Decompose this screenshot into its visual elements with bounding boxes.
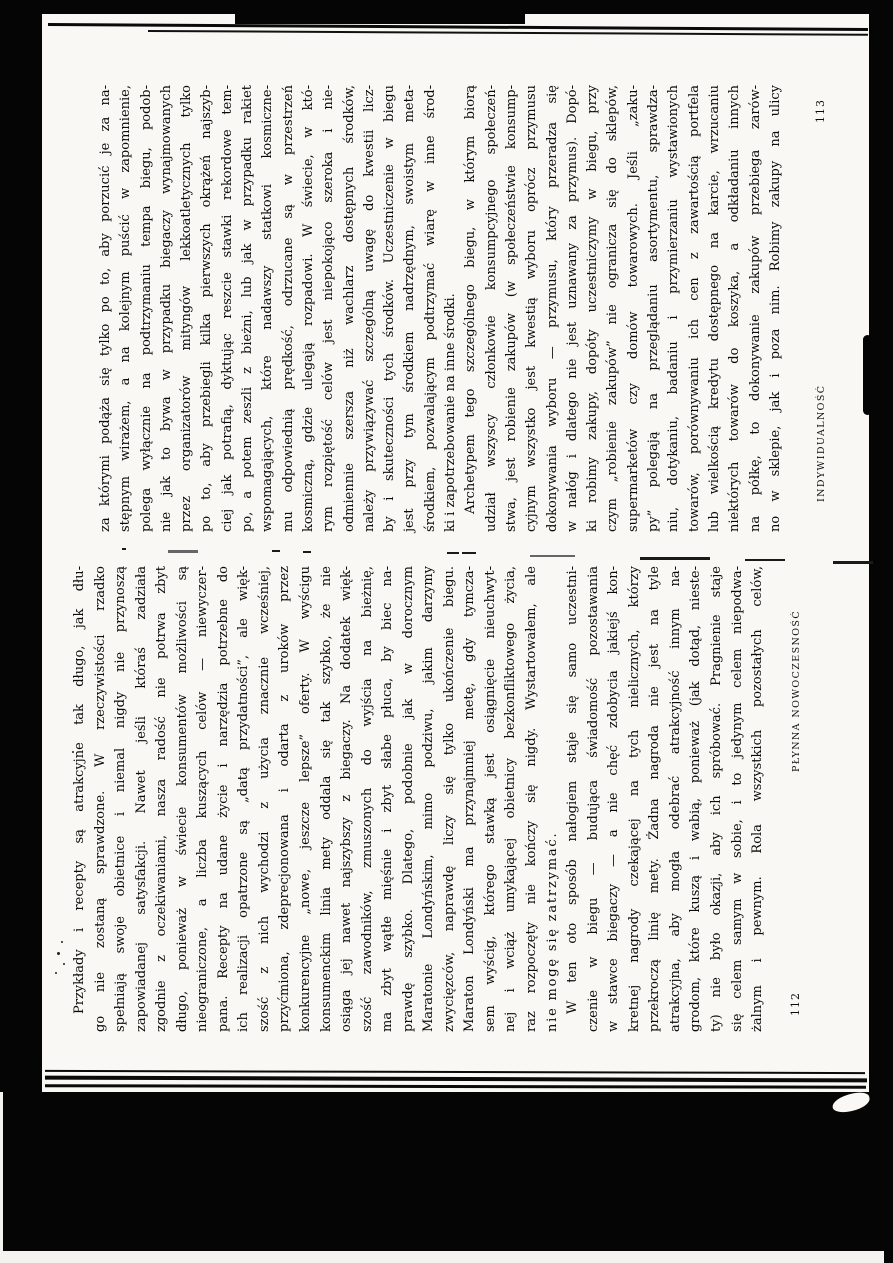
- text-line: wspomagających, które nadawszy statkowi …: [258, 85, 278, 532]
- text-line: po to, aby przebiegli kilka pierwszych o…: [197, 85, 217, 532]
- text-line: jest przy tym środkiem nadrzędnym, swois…: [400, 85, 420, 532]
- text-line: mu odpowiednią prędkość, odrzucane są w …: [279, 85, 299, 532]
- text-line: ki i zapotrzebowanie na inne środki.: [441, 85, 461, 532]
- text-line: nieograniczone, a liczba kuszących celów…: [193, 566, 214, 1032]
- text-line: polega wyłącznie na podtrzymaniu tempa b…: [137, 85, 157, 532]
- text-line: kretnej nagrody czekającej na tych nieli…: [625, 566, 646, 1032]
- text-line: kosmiczną, gdzie ulegają rozpadowi. W św…: [299, 85, 319, 532]
- page-113-text-column: za którymi podąża się tylko po to, aby p…: [96, 85, 786, 532]
- gutter-dash: [462, 552, 476, 554]
- text-line: dokonywania wyboru — przymusu, który prz…: [543, 85, 563, 532]
- text-line: stwa, jest robienie zakupów (w społeczeń…: [502, 85, 522, 532]
- scan-border-top-bump: [235, 13, 525, 24]
- scan-left-white-sliver: [0, 1092, 3, 1263]
- gutter-dash: [833, 561, 873, 564]
- text-line: rym rozpiętość celów jest niepokojąco sz…: [319, 85, 339, 532]
- text-line: przyćmiona, zdeprecjonowana i odarta z u…: [275, 566, 296, 1032]
- scan-border-left: [0, 0, 42, 1092]
- text-line: grodom, które kuszą i wabią, ponieważ (j…: [686, 566, 707, 1032]
- text-line: spełniają swoje obietnice i niemal nigdy…: [111, 566, 132, 1032]
- scan-bottom-white-strip: [0, 1251, 884, 1263]
- text-line: nej i wciąż umykającej obietnicy bezkonf…: [501, 566, 522, 1032]
- text-line: nie jak to bywa w przypadku biegaczy wyn…: [157, 85, 177, 532]
- text-line: w stawce biegaczy — a nie chęć zdobycia …: [604, 566, 625, 1032]
- text-line: szość zawodników, zmuszonych do wyjścia …: [358, 566, 379, 1032]
- text-line: odmiennie szersza niż wachlarz dostępnyc…: [340, 85, 360, 532]
- page-number-113: 113: [814, 99, 827, 123]
- text-line: Przykłady i recepty są atrakcyjne tak dł…: [70, 566, 91, 1032]
- dust-speck: [57, 952, 60, 955]
- text-line: supermarketów czy domów towarowych. Jeśl…: [624, 85, 644, 532]
- text-line: stępnym wirażem, a na kolejnym puścić w …: [116, 85, 136, 532]
- scan-border-right: [869, 0, 893, 1253]
- text-line: cyjnym wszystko jest kwestią wyboru opró…: [522, 85, 542, 532]
- gutter-dash: [272, 550, 280, 552]
- page-113-running-footer: INDYWIDUALNOŚĆ 113: [814, 85, 827, 532]
- text-line: się celem samym w sobie, i to jedynym ce…: [728, 566, 749, 1032]
- scan-border-top: [0, 0, 893, 14]
- text-line: w nałóg i dlatego nie jest uznawany za p…: [563, 85, 583, 532]
- text-line: czenie w biegu — budująca świadomość poz…: [584, 566, 605, 1032]
- text-line: konkurencyjne „nowe, jeszcze lepsze” ofe…: [296, 566, 317, 1032]
- text-line: udział wszyscy członkowie konsumpcyjnego…: [482, 85, 502, 532]
- text-line: zgodnie z oczekiwaniami, nasza radość ni…: [152, 566, 173, 1032]
- text-line: ciej jak potrafią, dyktując reszcie staw…: [218, 85, 238, 532]
- text-line: no w sklepie, jak i poza nim. Robimy zak…: [766, 85, 786, 532]
- gutter-dash: [447, 552, 459, 554]
- text-line: osiąga jej nawet najszybszy z biegaczy. …: [337, 566, 358, 1032]
- page-number-112: 112: [789, 992, 802, 1016]
- gutter-dash: [530, 555, 575, 557]
- gutter-dash: [745, 559, 785, 561]
- page-112-text-column: Przykłady i recepty są atrakcyjne tak dł…: [70, 566, 769, 1032]
- running-title-chapter: INDYWIDUALNOŚĆ: [816, 385, 827, 502]
- text-line: sem wyścig, którego stawką jest osiągnię…: [481, 566, 502, 1032]
- text-line: W ten oto sposób nałogiem staje się samo…: [563, 566, 584, 1032]
- dust-speck: [63, 963, 65, 965]
- text-line: py” polegają na przeglądaniu asortymentu…: [644, 85, 664, 532]
- page-112-running-footer: 112 PŁYNNA NOWOCZESNOŚĆ: [789, 566, 802, 1032]
- running-title-book: PŁYNNA NOWOCZESNOŚĆ: [791, 610, 802, 772]
- gutter-dash: [122, 548, 126, 550]
- text-line: Archetypem tego szczególnego biegu, w kt…: [461, 85, 481, 532]
- text-line: lub wielkością kredytu dostępnego na kar…: [705, 85, 725, 532]
- scanned-book-spread: za którymi podąża się tylko po to, aby p…: [0, 0, 893, 1263]
- gutter-dash: [303, 551, 311, 553]
- text-line: po, a potem zeszli z bieżni, lub jak w p…: [238, 85, 258, 532]
- text-line: atrakcyjna, aby mogła odebrać atrakcyjno…: [666, 566, 687, 1032]
- text-line: by i skuteczności tych środków. Uczestni…: [380, 85, 400, 532]
- scan-white-swirl-artifact: [831, 1090, 872, 1115]
- text-line: niektórych towarów do koszyka, a odkłada…: [725, 85, 745, 532]
- text-line: przez organizatorów mityngów lekkoatlety…: [177, 85, 197, 532]
- text-line: długo, ponieważ w świecie konsumentów mo…: [173, 566, 194, 1032]
- text-line: za którymi podąża się tylko po to, aby p…: [96, 85, 116, 532]
- text-line: zwycięzców, naprawdę liczy się tylko uko…: [440, 566, 461, 1032]
- text-line: towarów, porównywaniu ich cen z zawartoś…: [685, 85, 705, 532]
- scan-border-right-bulge: [863, 335, 872, 415]
- text-line: należy przywiązywać szczególną uwagę do …: [360, 85, 380, 532]
- text-line: Maraton Londyński ma przynajmniej metę, …: [460, 566, 481, 1032]
- text-line: środkiem, pozwalającym podtrzymać wiarę …: [421, 85, 441, 532]
- dust-speck: [72, 751, 74, 753]
- text-line: niu, dotykaniu, badaniu i przymierzaniu …: [664, 85, 684, 532]
- text-line: zapowiadanej satysfakcji. Nawet jeśli kt…: [132, 566, 153, 1032]
- text-line: raz rozpoczęty nie kończy się nigdy. Wys…: [522, 566, 543, 1032]
- text-line: Maratonie Londyńskim, mimo podziwu, jaki…: [419, 566, 440, 1032]
- text-line: pana. Recepty na udane życie i narzędzia…: [214, 566, 235, 1032]
- page-113: za którymi podąża się tylko po to, aby p…: [96, 85, 827, 532]
- page-112: Przykłady i recepty są atrakcyjne tak dł…: [70, 566, 802, 1032]
- text-line: ty) nie było okazji, aby ich spróbować. …: [707, 566, 728, 1032]
- gutter-dash: [640, 557, 710, 560]
- text-line: go nie zostaną sprawdzone. W rzeczywisto…: [91, 566, 112, 1032]
- text-line: szość z nich wychodzi z użycia znacznie …: [255, 566, 276, 1032]
- text-line: na półkę, to dokonywanie zakupów przebie…: [746, 85, 766, 532]
- text-line: konsumenckim linia mety oddala się tak s…: [317, 566, 338, 1032]
- gutter-dash: [168, 550, 198, 553]
- text-line: czym „robienie zakupów” nie ogranicza si…: [603, 85, 623, 532]
- text-line: ma zbyt wątłe mięśnie i zbyt słabe płuca…: [378, 566, 399, 1032]
- text-line: przekroczą linię mety. Żadna nagroda nie…: [645, 566, 666, 1032]
- text-line: nie mogę się zatrzymać.: [543, 566, 564, 1032]
- text-line: prawdę szybko. Dlatego, podobnie jak w d…: [399, 566, 420, 1032]
- dust-speck: [55, 972, 57, 974]
- dust-speck: [61, 941, 63, 943]
- text-line: żalnym i pewnym. Rola wszystkich pozosta…: [748, 566, 769, 1032]
- text-line: ki robimy zakupy, dopóty uczestniczymy w…: [583, 85, 603, 532]
- text-line: ich realizacji opatrzone są „datą przyda…: [234, 566, 255, 1032]
